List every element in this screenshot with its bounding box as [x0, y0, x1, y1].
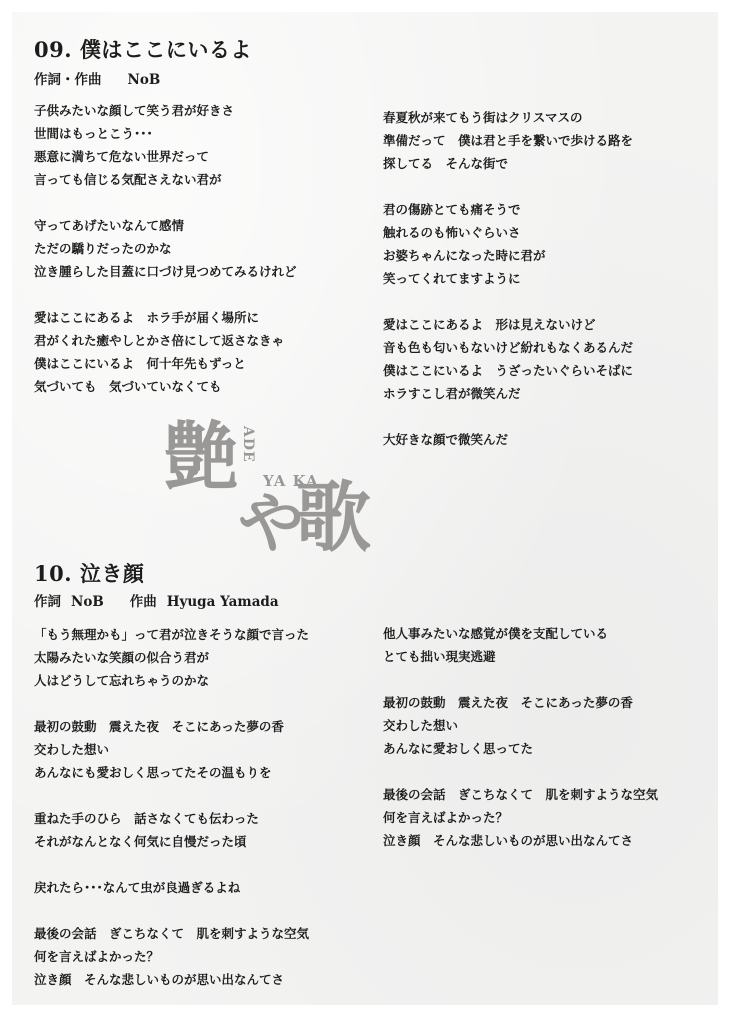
stanza-break — [34, 692, 309, 715]
lyric-line: 触れるのも怖いぐらいさ — [383, 221, 633, 244]
song-title-10: 10. 泣き顔 — [34, 558, 144, 588]
lyric-line: 君の傷跡とても痛そうで — [383, 198, 633, 221]
lyrics-09-right: 春夏秋が来てもう街はクリスマスの 準備だって 僕は君と手を繋いで歩ける路を 探し… — [383, 106, 633, 451]
lyric-line: 戻れたら･･･なんて虫が良過ぎるよね — [34, 876, 309, 899]
lyric-line: 泣き顔 そんな悲しいものが思い出なんてさ — [383, 829, 658, 852]
stanza-break — [383, 760, 658, 783]
lyric-line: 最初の鼓動 震えた夜 そこにあった夢の香 — [383, 691, 658, 714]
lyric-line: 最初の鼓動 震えた夜 そこにあった夢の香 — [34, 715, 309, 738]
stanza-break — [34, 853, 309, 876]
stanza-break — [34, 283, 297, 306]
lyric-line: あんなにも愛おしく思ってたその温もりを — [34, 761, 309, 784]
lyric-line: 交わした想い — [34, 738, 309, 761]
song-title-09: 09. 僕はここにいるよ — [34, 34, 252, 64]
lyric-line: とても拙い現実逃避 — [383, 645, 658, 668]
song-credits-09: 作詞・作曲NoB — [34, 68, 174, 88]
lyric-line: 交わした想い — [383, 714, 658, 737]
lyric-line: 笑ってくれてますように — [383, 267, 633, 290]
lyric-line: ホラすこし君が微笑んだ — [383, 382, 633, 405]
song-credits-10: 作詞NoB作曲Hyuga Yamada — [34, 590, 293, 610]
adeyaka-logo: 艶 ADE YA KA や 歌 — [160, 420, 380, 580]
lyric-line: 探してる そんな街で — [383, 152, 633, 175]
credit-role-lyrics: 作詞 — [34, 594, 61, 610]
lyric-line: お婆ちゃんになった時に君が — [383, 244, 633, 267]
lyric-line: 僕はここにいるよ 何十年先もずっと — [34, 352, 297, 375]
lyric-line: 太陽みたいな笑顔の似合う君が — [34, 646, 309, 669]
stanza-break — [383, 405, 633, 428]
lyric-line: あんなに愛おしく思ってた — [383, 737, 658, 760]
lyric-line: 何を言えばよかった？ — [34, 945, 309, 968]
logo-romaji-ade: ADE — [240, 426, 256, 463]
lyrics-09-left: 子供みたいな顔して笑う君が好きさ 世間はもっとこう･･･ 悪意に満ちて危ない世界… — [34, 99, 297, 398]
lyric-line: 僕はここにいるよ うざったいぐらいそばに — [383, 359, 633, 382]
stanza-break — [383, 290, 633, 313]
lyric-line: それがなんとなく何気に自慢だった頃 — [34, 830, 309, 853]
credit-role: 作詞・作曲 — [34, 72, 102, 88]
lyric-line: 守ってあげたいなんて感情 — [34, 214, 297, 237]
lyric-line: 愛はここにあるよ 形は見えないけど — [383, 313, 633, 336]
lyric-line: 泣き顔 そんな悲しいものが思い出なんてさ — [34, 968, 309, 991]
credit-name-lyrics: NoB — [71, 594, 104, 610]
lyrics-10-left: 「もう無理かも」って君が泣きそうな顔で言った 太陽みたいな笑顔の似合う君が 人は… — [34, 623, 309, 991]
lyric-line: 最後の会話 ぎこちなくて 肌を刺すような空気 — [34, 922, 309, 945]
stanza-break — [34, 191, 297, 214]
lyric-line: 君がくれた癒やしとかさ倍にして返さなきゃ — [34, 329, 297, 352]
stanza-break — [34, 784, 309, 807]
lyric-line: 他人事みたいな感覚が僕を支配している — [383, 622, 658, 645]
lyric-line: 子供みたいな顔して笑う君が好きさ — [34, 99, 297, 122]
stanza-break — [383, 175, 633, 198]
lyric-line: 準備だって 僕は君と手を繋いで歩ける路を — [383, 129, 633, 152]
lyric-line: 世間はもっとこう･･･ — [34, 122, 297, 145]
lyric-line: 大好きな顔で微笑んだ — [383, 428, 633, 451]
logo-kanji-en: 艶 — [164, 420, 238, 494]
lyric-line: ただの驕りだったのかな — [34, 237, 297, 260]
credit-name: NoB — [128, 72, 161, 88]
lyric-line: 音も色も匂いもないけど紛れもなくあるんだ — [383, 336, 633, 359]
lyric-line: 何を言えばよかった？ — [383, 806, 658, 829]
lyric-line: 気づいても 気づいていなくても — [34, 375, 297, 398]
lyric-line: 愛はここにあるよ ホラ手が届く場所に — [34, 306, 297, 329]
credit-role-music: 作曲 — [130, 594, 157, 610]
stanza-break — [383, 668, 658, 691]
lyrics-10-right: 他人事みたいな感覚が僕を支配している とても拙い現実逃避 最初の鼓動 震えた夜 … — [383, 622, 658, 852]
lyric-line: 最後の会話 ぎこちなくて 肌を刺すような空気 — [383, 783, 658, 806]
lyric-line: 春夏秋が来てもう街はクリスマスの — [383, 106, 633, 129]
stanza-break — [34, 899, 309, 922]
lyric-line: 言っても信じる気配さえない君が — [34, 168, 297, 191]
logo-kanji-uta: 歌 — [295, 480, 371, 556]
credit-name-music: Hyuga Yamada — [167, 594, 279, 610]
lyric-line: 泣き腫らした目蓋に口づけ見つめてみるけれど — [34, 260, 297, 283]
lyric-line: 悪意に満ちて危ない世界だって — [34, 145, 297, 168]
lyric-line: 重ねた手のひら 話さなくても伝わった — [34, 807, 309, 830]
lyric-line: 人はどうして忘れちゃうのかな — [34, 669, 309, 692]
lyric-line: 「もう無理かも」って君が泣きそうな顔で言った — [34, 623, 309, 646]
